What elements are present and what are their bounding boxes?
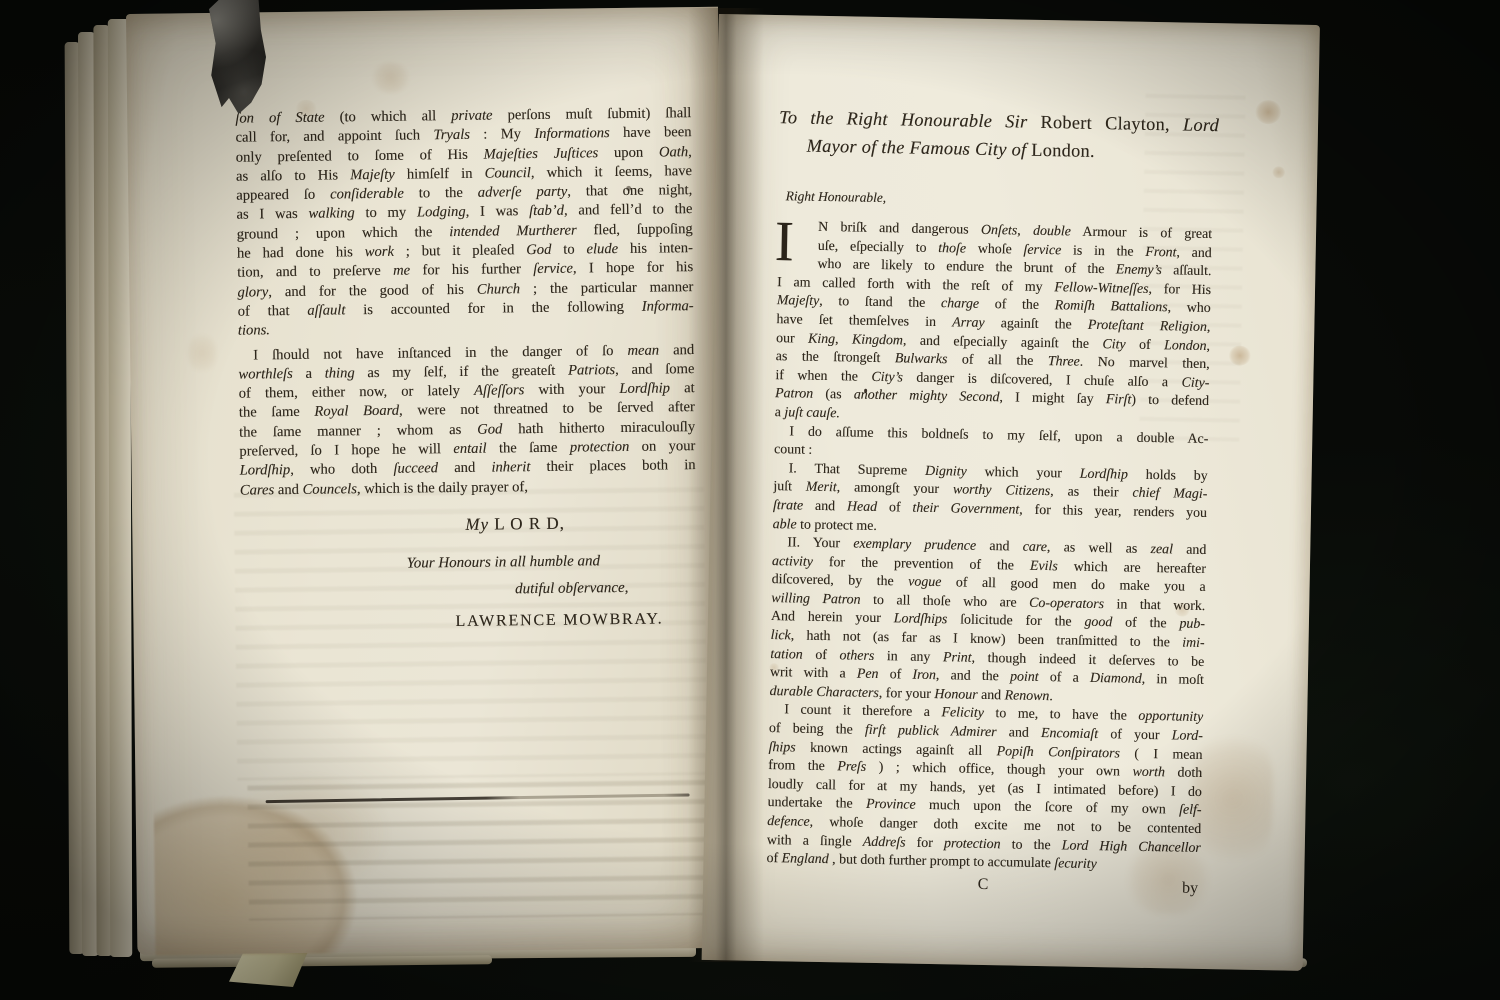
foxing-spot (1255, 100, 1281, 124)
drop-cap: I (774, 215, 794, 269)
foxing-stain (1191, 723, 1274, 874)
valediction-my-lord: My L O R D, (465, 514, 565, 535)
signature-mark: C (978, 876, 989, 893)
left-page: ſon of State (to which all private perſo… (126, 7, 729, 955)
show-through-text (247, 769, 735, 921)
right-page: To the Right Honourable Sir Robert Clayt… (702, 14, 1320, 971)
valediction-line: Your Honours in all humble and (407, 553, 600, 572)
left-page-text: ſon of State (to which all private perſo… (235, 104, 696, 500)
dedication-heading: To the Right Honourable Sir Robert Clayt… (778, 103, 1219, 167)
foxing-spot (371, 63, 411, 93)
water-stain (153, 753, 405, 956)
catchword: by (1182, 879, 1198, 898)
foxing-spot (1229, 345, 1251, 365)
photo-background: ſon of State (to which all private perſo… (0, 0, 1500, 1000)
right-page-text: N briſk and dangerous Onſets, double Arm… (766, 218, 1212, 877)
valediction-line: dutiful obſervance, (515, 580, 629, 598)
foxing-spot (1272, 166, 1285, 178)
signature-name: LAWRENCE MOWBRAY. (455, 610, 663, 631)
salutation: Right Honourable, (786, 188, 887, 206)
show-through-rule (266, 793, 690, 803)
foxing-spot (188, 331, 217, 375)
